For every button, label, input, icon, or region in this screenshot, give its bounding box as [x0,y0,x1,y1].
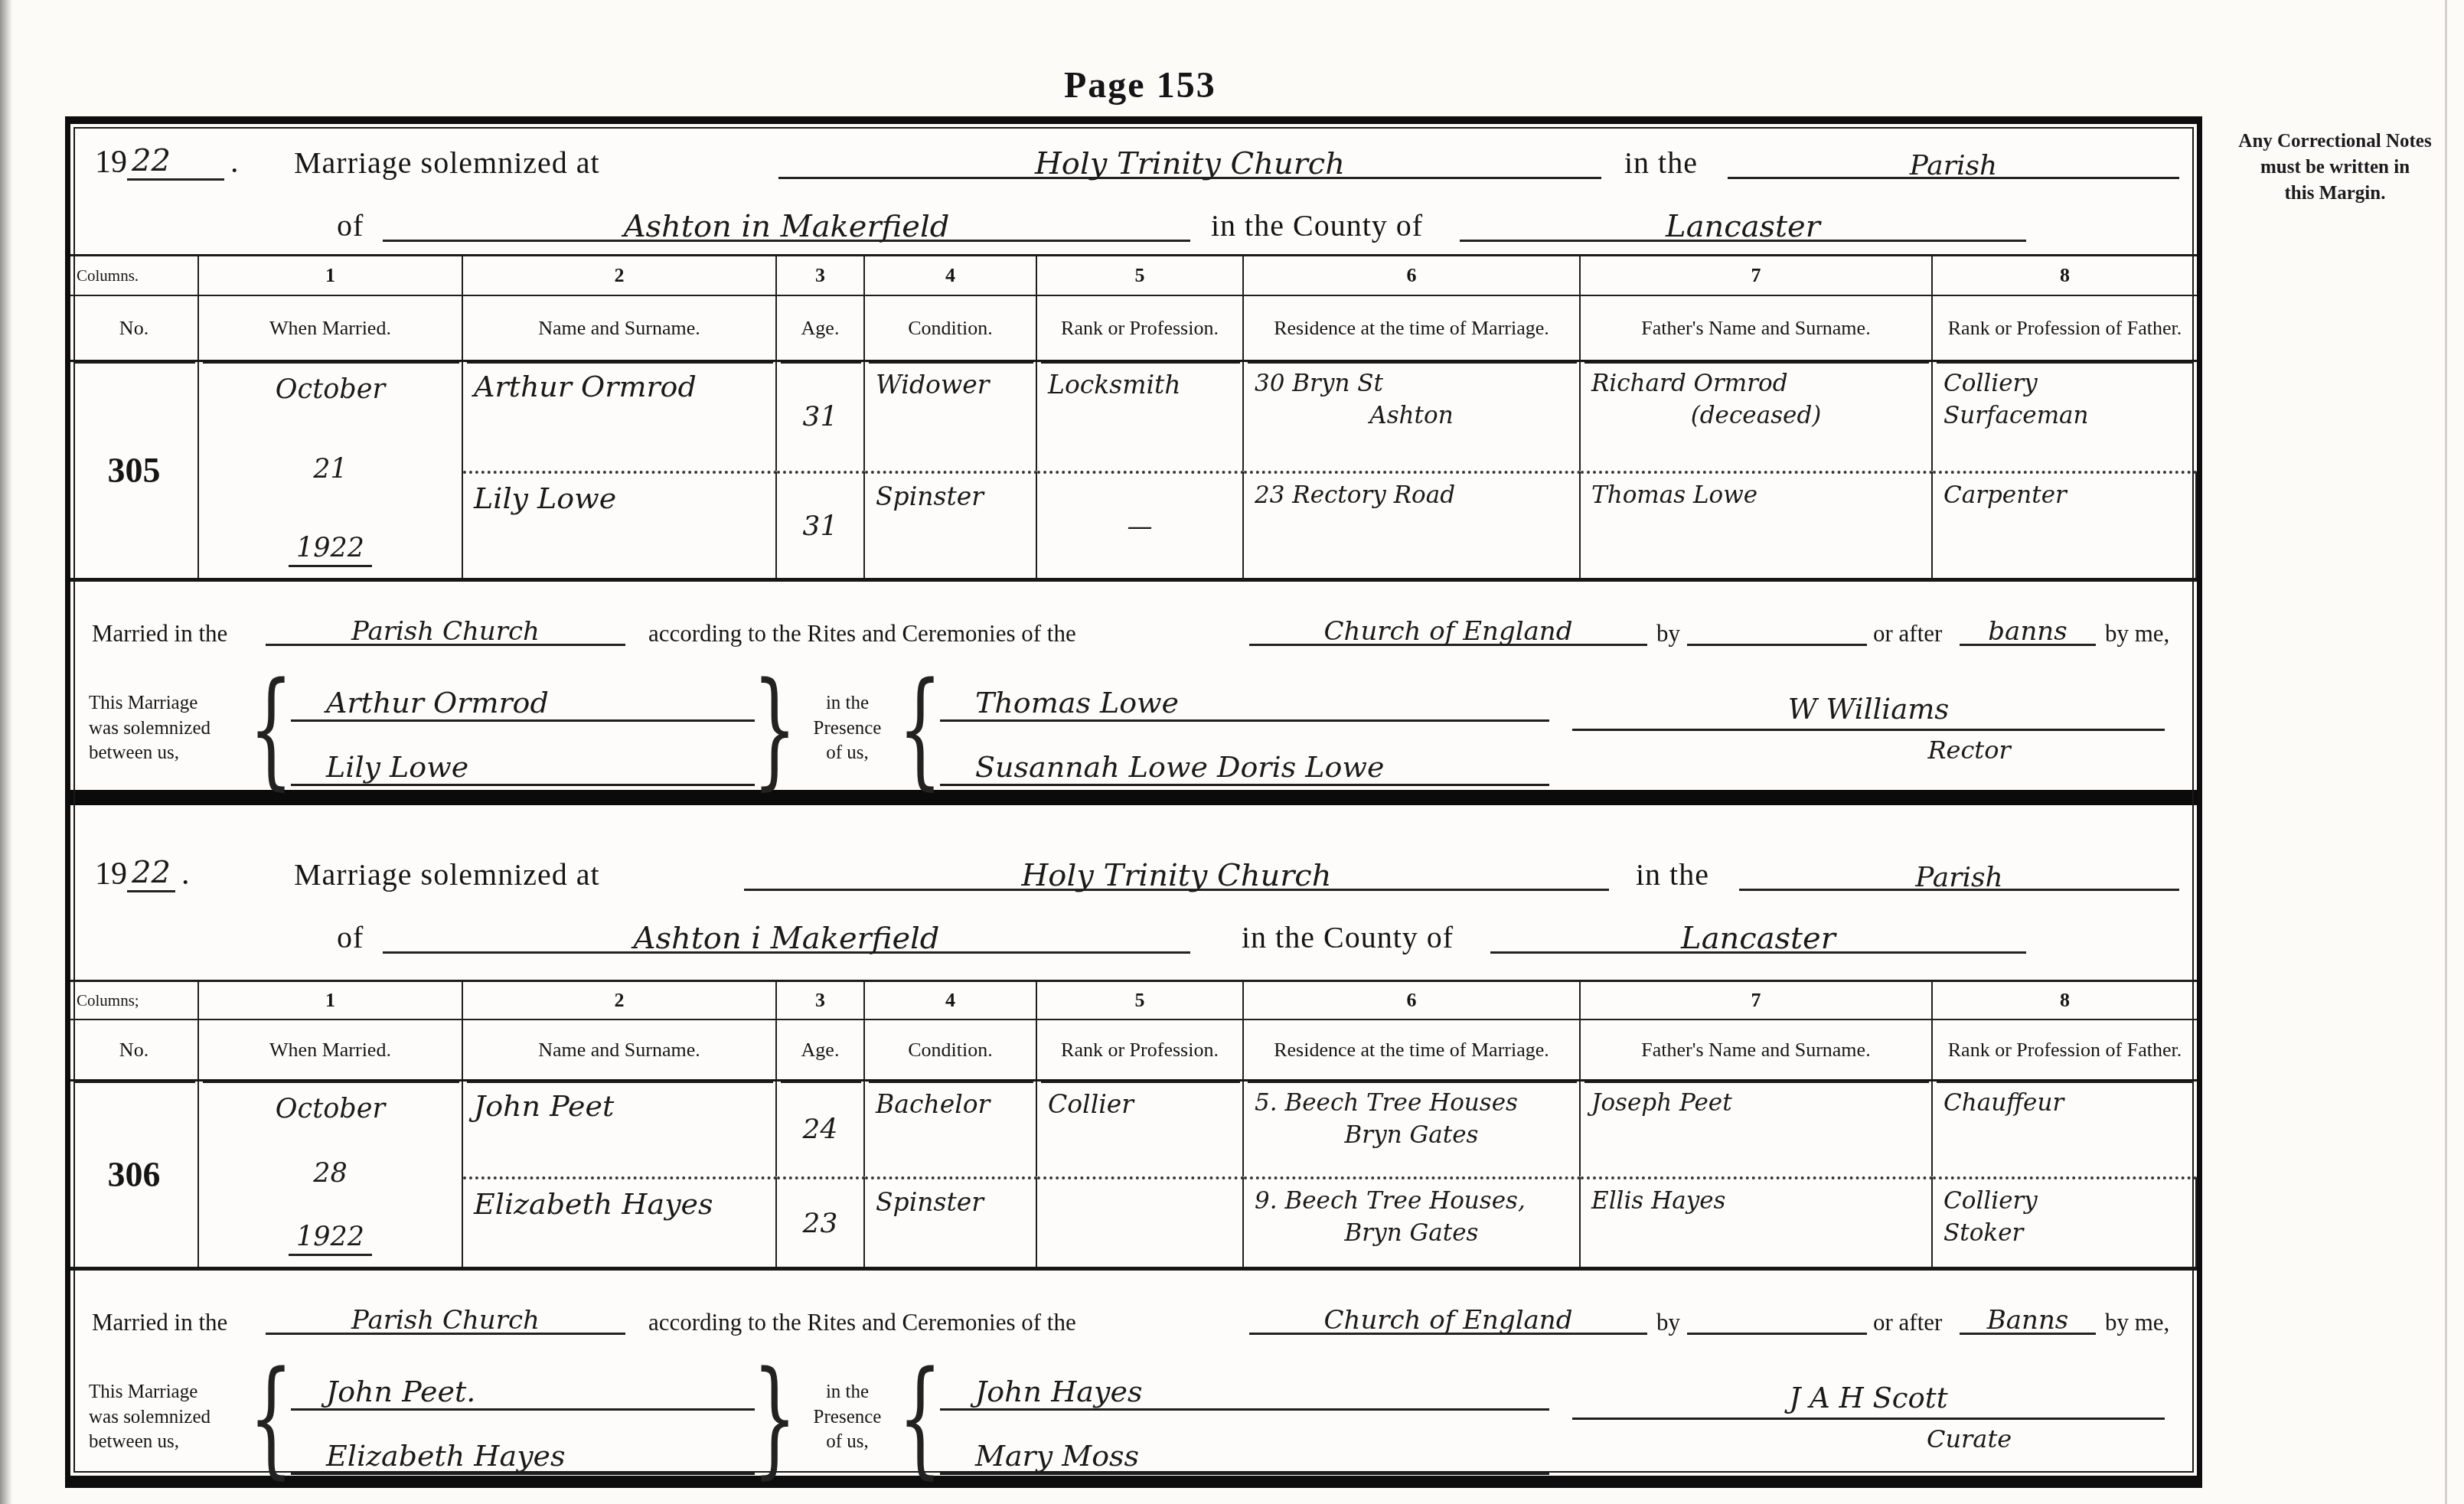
witness-signature-1: Thomas Lowe [940,671,1549,722]
in-the-label: in the [1636,856,1709,892]
bride-father-name: Thomas Lowe [1591,481,1921,509]
col-header-no: No. [70,1020,199,1082]
after-value: banns [1988,616,2067,647]
groom-father-name: Richard Ormrod [1591,370,1921,397]
col-number-8: 8 [1933,256,2197,296]
col-header-condition: Condition. [865,1020,1037,1082]
solemnized-at-label: Marriage solemnized at [294,856,600,892]
bride-signature: Elizabeth Hayes [291,1424,755,1475]
col-header-no: No. [70,296,199,362]
couple-signatures: John Peet. Elizabeth Hayes [291,1344,755,1491]
year-printed: 19 [95,144,127,181]
groom-name: John Peet [474,1089,614,1123]
bride-name: Elizabeth Hayes [474,1187,713,1221]
rites-label: according to the Rites and Ceremonies of… [648,1309,1076,1336]
col-number-8: 8 [1933,982,2197,1020]
solemnized-at-label: Marriage solemnized at [294,145,600,181]
groom-name-cell: John Peet [463,1082,777,1176]
bride-signature: Lily Lowe [291,736,755,786]
officiant-block: W Williams Rector [1549,655,2188,802]
rites-of-value: Church of England [1324,616,1573,647]
bride-residence-line1: 9. Beech Tree Houses, [1255,1187,1568,1215]
col-header-name-surname: Name and Surname. [463,1020,777,1082]
officiant-title: Rector [1572,736,2165,765]
col-header-rank: Rank or Profession. [1037,296,1244,362]
bride-condition: Spinster [876,481,984,511]
heading-line-2: of Ashton in Makerfield in the County of… [70,187,2197,250]
church-name: Holy Trinity Church [1035,146,1345,181]
county-name: Lancaster [1666,209,1820,244]
this-marriage-label: This Marriage was solemnized between us, [89,1344,251,1491]
groom-residence-line2: Bryn Gates [1255,1121,1568,1149]
this-marriage-line1: This Marriage [89,691,251,716]
presence-line3: of us, [795,741,900,766]
open-brace: { [260,1344,282,1491]
groom-age: 24 [803,1114,838,1145]
groom-residence-line1: 30 Bryn St [1255,370,1568,397]
place-field: Ashton in Makerfield [383,204,1190,242]
bride-age-cell: 23 [777,1176,865,1267]
this-marriage-label: This Marriage was solemnized between us, [89,655,251,802]
this-marriage-line2: was solemnized [89,1405,251,1431]
columns-word: Columns; [70,982,199,1020]
col-number-6: 6 [1244,982,1581,1020]
groom-father-note: (deceased) [1591,402,1921,429]
register-page-scan: Page 153 Any Correctional Notes must be … [0,0,2464,1504]
rites-of-field: Church of England [1249,613,1647,646]
col-header-name-surname: Name and Surname. [463,296,777,362]
rites-of-value: Church of England [1324,1305,1573,1336]
this-marriage-line2: was solemnized [89,716,251,742]
groom-name-cell: Arthur Ormrod [463,362,777,471]
col-header-rank: Rank or Profession. [1037,1020,1244,1082]
col-number-1: 1 [199,256,463,296]
margin-note-line: Any Correctional Notes [2218,129,2452,155]
bride-condition: Spinster [876,1187,984,1217]
page-number: Page 153 [1064,64,1216,106]
groom-residence-line1: 5. Beech Tree Houses [1255,1089,1568,1117]
groom-father-cell: Joseph Peet [1581,1082,1933,1176]
groom-residence-line2: Ashton [1255,402,1568,429]
church-field: Holy Trinity Church [778,142,1601,179]
groom-father-rank-line1: Chauffeur [1943,1089,2186,1117]
bride-rank: — [1128,511,1153,541]
year-printed: 19 [95,856,127,892]
groom-name: Arthur Ormrod [474,370,697,403]
presence-line1: in the [795,691,900,716]
groom-father-rank-cell: Colliery Surfaceman [1933,362,2197,471]
marriage-day: 21 [313,454,348,484]
columns-word: Columns. [70,256,199,296]
when-married-cell: October 28 1922 [199,1082,463,1267]
marriage-year: 1922 [289,533,372,567]
rites-label: according to the Rites and Ceremonies of… [648,620,1076,648]
groom-rank-cell: Collier [1037,1082,1244,1176]
marriage-year: 1922 [289,1222,372,1256]
groom-age: 31 [803,401,838,432]
year-field: 19 22 . [95,855,189,892]
witness-signatures: John Hayes Mary Moss [940,1344,1549,1491]
entry-306: 19 22 . Marriage solemnized at Holy Trin… [70,805,2197,1491]
register-table-305: Columns. 1 2 3 4 5 6 7 8 No. When Marrie… [70,254,2197,582]
close-brace: } [764,655,786,802]
entry-306-heading: 19 22 . Marriage solemnized at Holy Trin… [70,805,2197,980]
bride-name-cell: Lily Lowe [463,471,777,578]
groom-signature: John Peet. [291,1360,755,1411]
by-me-label: by me, [2105,620,2169,648]
presence-line2: Presence [795,1405,900,1431]
col-header-father-rank: Rank or Profession of Father. [1933,1020,2197,1082]
couple-signatures: Arthur Ormrod Lily Lowe [291,655,755,802]
heading-line-1: 19 22 . Marriage solemnized at Holy Trin… [70,124,2197,187]
register-table-306: Columns; 1 2 3 4 5 6 7 8 No. When Marrie… [70,980,2197,1271]
col-number-7: 7 [1581,982,1933,1020]
place-name: Ashton i Makerfield [634,921,940,956]
col-header-father: Father's Name and Surname. [1581,296,1933,362]
bride-father-rank-cell: Colliery Stoker [1933,1176,2197,1267]
groom-residence-cell: 5. Beech Tree Houses Bryn Gates [1244,1082,1581,1176]
bride-father-rank-line1: Colliery [1943,1187,2185,1215]
bride-father-cell: Ellis Hayes [1581,1176,1933,1267]
parish-field: Parish [1739,857,2179,891]
bride-father-rank-cell: Carpenter [1933,471,2197,578]
groom-condition: Widower [876,370,989,400]
this-marriage-line1: This Marriage [89,1380,251,1405]
entry-number: 305 [70,362,199,578]
col-number-2: 2 [463,256,777,296]
margin-note-line: this Margin. [2218,181,2452,207]
by-me-label: by me, [2105,1309,2169,1336]
presence-line1: in the [795,1380,900,1405]
groom-father-name: Joseph Peet [1591,1089,1921,1117]
witness-signature-2: Mary Moss [940,1424,1549,1475]
col-header-when-married: When Married. [199,1020,463,1082]
col-number-3: 3 [777,256,865,296]
groom-residence-cell: 30 Bryn St Ashton [1244,362,1581,471]
register-form: 19 22 . Marriage solemnized at Holy Trin… [65,116,2202,1488]
heading-line-1: 19 22 . Marriage solemnized at Holy Trin… [70,836,2197,899]
groom-father-rank-line2: Surfaceman [1943,402,2186,429]
groom-father-rank-cell: Chauffeur [1933,1082,2197,1176]
by-field [1687,1333,1867,1335]
entry-number: 306 [70,1082,199,1267]
married-in-value: Parish Church [351,616,540,647]
presence-line2: Presence [795,716,900,742]
after-value: Banns [1987,1305,2069,1336]
col-header-father-rank: Rank or Profession of Father. [1933,296,2197,362]
groom-rank: Locksmith [1048,370,1181,400]
married-in-label: Married in the [92,1309,227,1336]
bride-residence-line1: 23 Rectory Road [1255,481,1568,509]
entry-305: 19 22 . Marriage solemnized at Holy Trin… [70,124,2197,790]
presence-line3: of us, [795,1430,900,1455]
groom-age-cell: 24 [777,1082,865,1176]
col-header-age: Age. [777,1020,865,1082]
after-field: banns [1960,613,2096,646]
bride-condition-cell: Spinster [865,1176,1037,1267]
close-brace: } [764,1344,786,1491]
col-header-when-married: When Married. [199,296,463,362]
bride-age: 31 [803,511,838,542]
marriage-day: 28 [313,1158,348,1189]
parish-word: Parish [1910,150,1997,181]
margin-note: Any Correctional Notes must be written i… [2218,129,2452,206]
groom-condition-cell: Bachelor [865,1082,1037,1176]
officiant-signature: J A H Scott [1572,1382,2165,1420]
place-name: Ashton in Makerfield [624,209,950,244]
this-marriage-line3: between us, [89,741,251,766]
county-of-label: in the County of [1211,207,1423,243]
col-header-residence: Residence at the time of Marriage. [1244,296,1581,362]
bride-rank-cell: — [1037,471,1244,578]
attestation-line: Married in the Parish Church according t… [70,582,2197,655]
col-header-age: Age. [777,296,865,362]
marriage-month: October [276,1094,385,1124]
county-field: Lancaster [1460,204,2026,242]
or-after-label: or after [1873,620,1942,648]
col-number-5: 5 [1037,982,1244,1020]
heading-line-2: of Ashton i Makerfield in the County of … [70,899,2197,961]
bride-age: 23 [803,1208,838,1239]
of-label: of [337,207,364,243]
col-number-5: 5 [1037,256,1244,296]
period: . [230,144,239,181]
col-number-1: 1 [199,982,463,1020]
married-in-field: Parish Church [266,613,625,646]
bride-name-cell: Elizabeth Hayes [463,1176,777,1267]
county-field: Lancaster [1490,916,2026,954]
col-number-4: 4 [865,982,1037,1020]
bride-age-cell: 31 [777,471,865,578]
of-label: of [337,919,364,955]
witness-signature-2: Susannah Lowe Doris Lowe [940,736,1549,786]
col-number-3: 3 [777,982,865,1020]
by-label: by [1656,1309,1680,1336]
bride-rank-cell [1037,1176,1244,1267]
bride-residence-line2: Bryn Gates [1255,1219,1568,1247]
bride-residence-cell: 9. Beech Tree Houses, Bryn Gates [1244,1176,1581,1267]
witness-signatures: Thomas Lowe Susannah Lowe Doris Lowe [940,655,1549,802]
parish-field: Parish [1728,145,2179,179]
groom-father-cell: Richard Ormrod (deceased) [1581,362,1933,471]
place-field: Ashton i Makerfield [383,916,1190,954]
bride-father-rank-line1: Carpenter [1943,481,2185,509]
attestation-305: Married in the Parish Church according t… [70,582,2197,790]
groom-condition-cell: Widower [865,362,1037,471]
by-label: by [1656,620,1680,648]
officiant-signature: W Williams [1572,693,2165,731]
col-number-6: 6 [1244,256,1581,296]
church-name: Holy Trinity Church [1021,858,1331,893]
after-field: Banns [1960,1302,2096,1335]
by-field [1687,644,1867,646]
county-name: Lancaster [1681,921,1836,956]
open-brace: { [909,1344,932,1491]
presence-label: in the Presence of us, [795,1344,900,1491]
groom-rank: Collier [1048,1089,1134,1119]
parish-word: Parish [1915,862,2002,893]
year-field: 19 22 . [95,143,238,181]
col-number-2: 2 [463,982,777,1020]
witness-signature-1: John Hayes [940,1360,1549,1411]
open-brace: { [909,655,932,802]
col-header-father: Father's Name and Surname. [1581,1020,1933,1082]
officiant-block: J A H Scott Curate [1549,1344,2188,1491]
this-marriage-line3: between us, [89,1430,251,1455]
bride-father-cell: Thomas Lowe [1581,471,1933,578]
groom-condition: Bachelor [876,1089,990,1119]
attestation-306: Married in the Parish Church according t… [70,1271,2197,1491]
entry-305-heading: 19 22 . Marriage solemnized at Holy Trin… [70,124,2197,254]
groom-rank-cell: Locksmith [1037,362,1244,471]
bride-father-name: Ellis Hayes [1591,1187,1921,1215]
bride-residence-cell: 23 Rectory Road [1244,471,1581,578]
attestation-line: Married in the Parish Church according t… [70,1271,2197,1344]
married-in-label: Married in the [92,620,227,648]
year-handwritten: 22 [127,855,175,892]
in-the-label: in the [1624,145,1698,181]
county-of-label: in the County of [1242,919,1454,955]
period: . [181,856,190,892]
year-blank-line [175,173,224,181]
bride-name: Lily Lowe [474,481,616,515]
col-number-4: 4 [865,256,1037,296]
col-header-residence: Residence at the time of Marriage. [1244,1020,1581,1082]
signature-row: This Marriage was solemnized between us,… [70,655,2197,802]
signature-row: This Marriage was solemnized between us,… [70,1344,2197,1491]
married-in-value: Parish Church [351,1305,540,1336]
presence-label: in the Presence of us, [795,655,900,802]
year-handwritten: 22 [127,143,175,181]
open-brace: { [260,655,282,802]
groom-signature: Arthur Ormrod [291,671,755,722]
church-field: Holy Trinity Church [744,853,1609,891]
col-number-7: 7 [1581,256,1933,296]
rites-of-field: Church of England [1249,1302,1647,1335]
bride-father-rank-line2: Stoker [1943,1219,2185,1247]
married-in-field: Parish Church [266,1302,625,1335]
bride-condition-cell: Spinster [865,471,1037,578]
or-after-label: or after [1873,1309,1942,1336]
groom-father-rank-line1: Colliery [1943,370,2186,397]
officiant-title: Curate [1572,1424,2165,1453]
when-married-cell: October 21 1922 [199,362,463,578]
margin-note-line: must be written in [2218,155,2452,181]
groom-age-cell: 31 [777,362,865,471]
marriage-month: October [276,374,385,405]
col-header-condition: Condition. [865,296,1037,362]
